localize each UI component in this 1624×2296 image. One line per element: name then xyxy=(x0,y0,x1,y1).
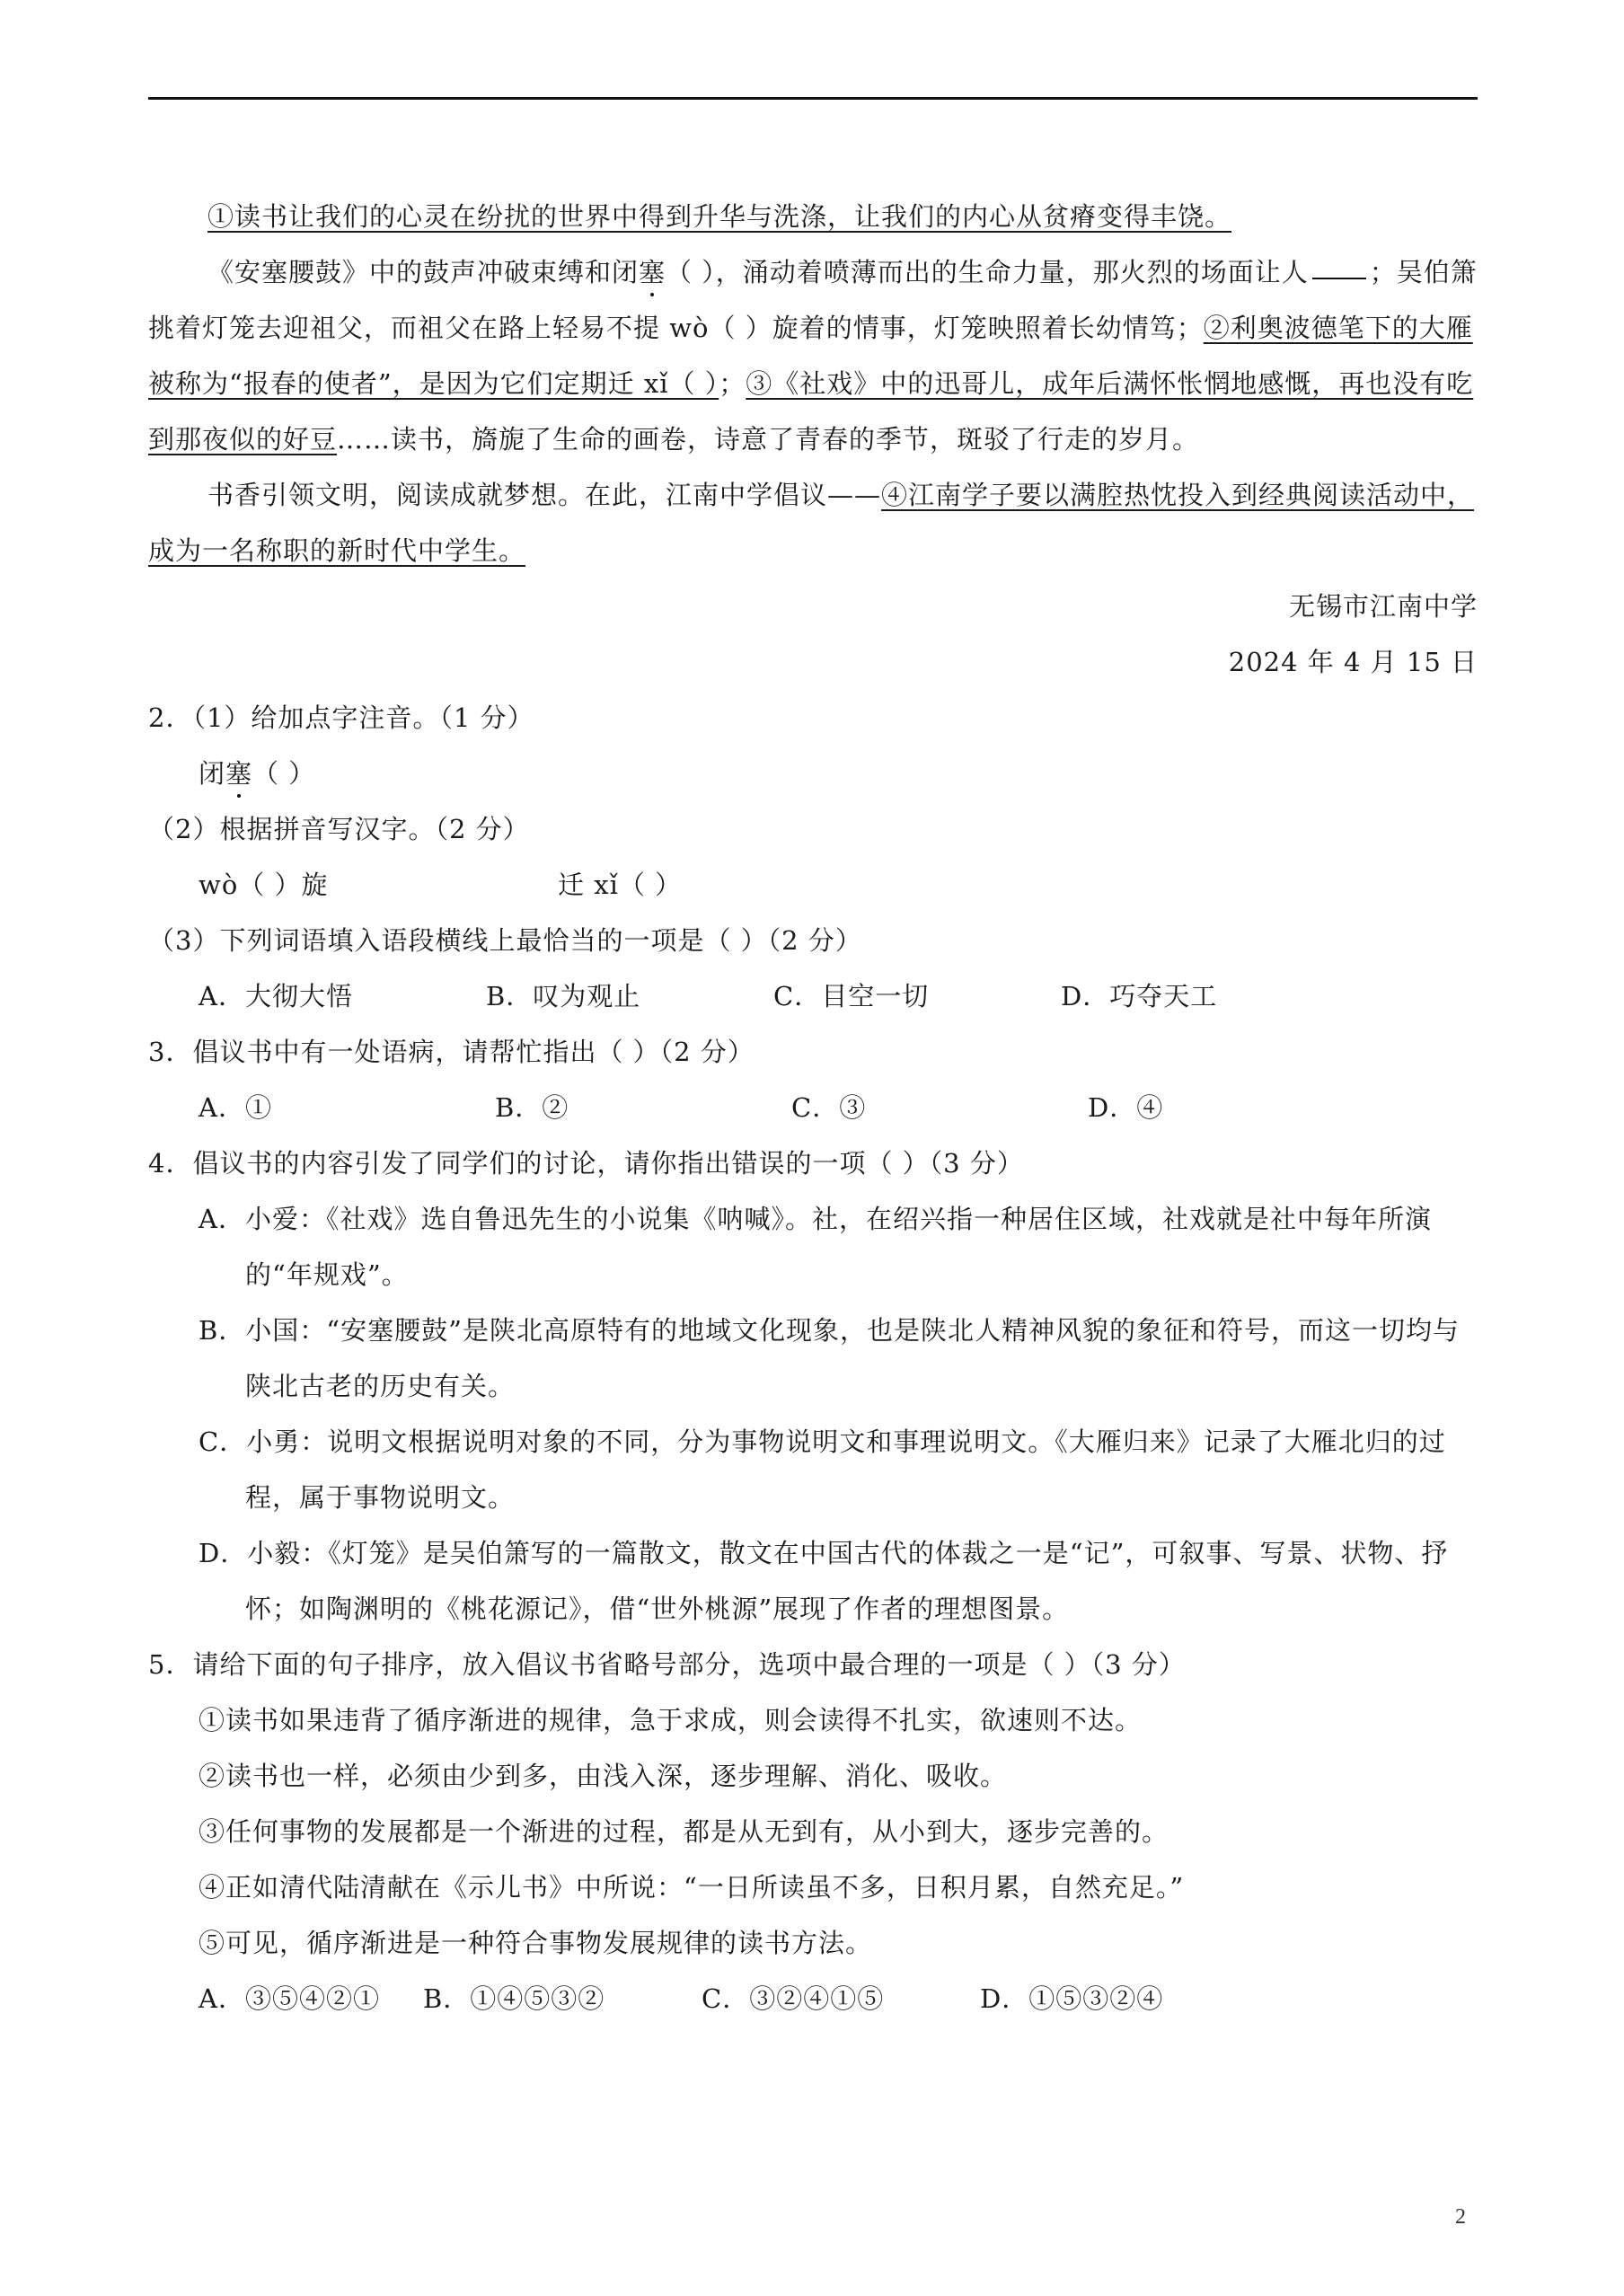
text-span: ……读书，旖旎了生命的画卷，诗意了青春的季节，斑驳了行走的岁月。 xyxy=(337,424,1199,455)
proposal-paragraph-2: 《安塞腰鼓》中的鼓声冲破束缚和闭塞（ ），涌动着喷薄而出的生命力量，那火烈的场面… xyxy=(148,244,1478,467)
q5-sentence-5: ⑤可见，循序渐进是一种符合事物发展规律的读书方法。 xyxy=(148,1915,1478,1971)
q2-stem-3: （3）下列词语填入语段横线上最恰当的一项是（ ）（2 分） xyxy=(148,913,1478,968)
signature: 无锡市江南中学 xyxy=(148,578,1478,634)
text-span: ； xyxy=(719,368,746,399)
option-c[interactable]: C．③ xyxy=(791,1080,1088,1135)
q5-sentence-1: ①读书如果违背了循序渐进的规律，急于求成，则会读得不扎实，欲速则不达。 xyxy=(148,1692,1478,1748)
date: 2024 年 4 月 15 日 xyxy=(148,634,1478,690)
dotted-character: 塞 xyxy=(639,257,666,287)
option-c[interactable]: C．③②④①⑤ xyxy=(702,1971,980,2027)
page-content: ①读书让我们的心灵在纷扰的世界中得到升华与洗涤，让我们的内心从贫瘠变得丰饶。 《… xyxy=(148,189,1478,2027)
exam-page: ①读书让我们的心灵在纷扰的世界中得到升华与洗涤，让我们的内心从贫瘠变得丰饶。 《… xyxy=(0,0,1624,2296)
option-d[interactable]: D．巧夺天工 xyxy=(1061,968,1348,1024)
header-rule xyxy=(148,97,1478,100)
q3-stem: 3．倡议书中有一处语病，请帮忙指出（ ）（2 分） xyxy=(148,1024,1478,1080)
q2-options: A．大彻大悟 B．叹为观止 C．目空一切 D．巧夺天工 xyxy=(148,968,1478,1024)
option-c[interactable]: C．目空一切 xyxy=(773,968,1061,1024)
underlined-sentence-1: ①读书让我们的心灵在纷扰的世界中得到升华与洗涤，让我们的内心从贫瘠变得丰饶。 xyxy=(207,201,1231,232)
page-number: 2 xyxy=(1455,2205,1466,2230)
q5-stem: 5．请给下面的句子排序，放入倡议书省略号部分，选项中最合理的一项是（ ）（3 分… xyxy=(148,1637,1478,1692)
proposal-paragraph-1: ①读书让我们的心灵在纷扰的世界中得到升华与洗涤，让我们的内心从贫瘠变得丰饶。 xyxy=(148,189,1478,244)
q4-stem: 4．倡议书的内容引发了同学们的讨论，请你指出错误的一项（ ）（3 分） xyxy=(148,1135,1478,1191)
q3-options: A．① B．② C．③ D．④ xyxy=(148,1080,1478,1135)
q5-options: A．③⑤④②① B．①④⑤③② C．③②④①⑤ D．①⑤③②④ xyxy=(148,1971,1478,2027)
q5-sentence-2: ②读书也一样，必须由少到多，由浅入深，逐步理解、消化、吸收。 xyxy=(148,1748,1478,1804)
option-b[interactable]: B．叹为观止 xyxy=(486,968,773,1024)
q2-stem-2: （2）根据拼音写汉字。（2 分） xyxy=(148,801,1478,857)
text-span: 《安塞腰鼓》中的鼓声冲破束缚和闭 xyxy=(207,257,639,287)
answer-blank-wo[interactable]: wò（ ）旋 xyxy=(199,857,558,913)
text-span: 书香引领文明，阅读成就梦想。在此，江南中学倡议—— xyxy=(207,480,881,510)
q4-options: A．小爱：《社戏》选自鲁迅先生的小说集《呐喊》。社，在绍兴指一种居住区域，社戏就… xyxy=(148,1191,1478,1637)
option-b[interactable]: B．小国：“安塞腰鼓”是陕北高原特有的地域文化现象，也是陕北人精神风貌的象征和符… xyxy=(199,1303,1478,1414)
text-span: 闭 xyxy=(199,758,225,789)
q2-item-2: wò（ ）旋迁 xǐ（ ） xyxy=(148,857,1478,913)
option-b[interactable]: B．② xyxy=(495,1080,791,1135)
answer-blank-xi[interactable]: 迁 xǐ（ ） xyxy=(558,870,682,900)
option-b[interactable]: B．①④⑤③② xyxy=(423,1971,702,2027)
option-d[interactable]: D．①⑤③②④ xyxy=(980,1971,1214,2027)
option-a[interactable]: A．小爱：《社戏》选自鲁迅先生的小说集《呐喊》。社，在绍兴指一种居住区域，社戏就… xyxy=(199,1191,1478,1303)
option-a[interactable]: A．① xyxy=(199,1080,495,1135)
proposal-paragraph-3: 书香引领文明，阅读成就梦想。在此，江南中学倡议——④江南学子要以满腔热忱投入到经… xyxy=(148,467,1478,578)
q5-sentence-4: ④正如清代陆清献在《示儿书》中所说：“一日所读虽不多，日积月累，自然充足。” xyxy=(148,1859,1478,1915)
option-c[interactable]: C．小勇：说明文根据说明对象的不同，分为事物说明文和事理说明文。《大雁归来》记录… xyxy=(199,1414,1478,1525)
option-d[interactable]: D．小毅：《灯笼》是吴伯箫写的一篇散文，散文在中国古代的体裁之一是“记”，可叙事… xyxy=(199,1525,1478,1637)
q2-stem-1: 2．（1）给加点字注音。（1 分） xyxy=(148,690,1478,746)
answer-blank[interactable]: （ ） xyxy=(252,758,315,789)
option-a[interactable]: A．大彻大悟 xyxy=(199,968,486,1024)
option-a[interactable]: A．③⑤④②① xyxy=(199,1971,423,2027)
fill-blank-line[interactable] xyxy=(1312,277,1366,279)
dotted-character: 塞 xyxy=(225,758,252,789)
q2-item-1: 闭塞（ ） xyxy=(148,746,1478,801)
q5-sentence-3: ③任何事物的发展都是一个渐进的过程，都是从无到有，从小到大，逐步完善的。 xyxy=(148,1804,1478,1859)
text-span: （ ），涌动着喷薄而出的生命力量，那火烈的场面让人 xyxy=(666,257,1309,287)
option-d[interactable]: D．④ xyxy=(1088,1080,1384,1135)
